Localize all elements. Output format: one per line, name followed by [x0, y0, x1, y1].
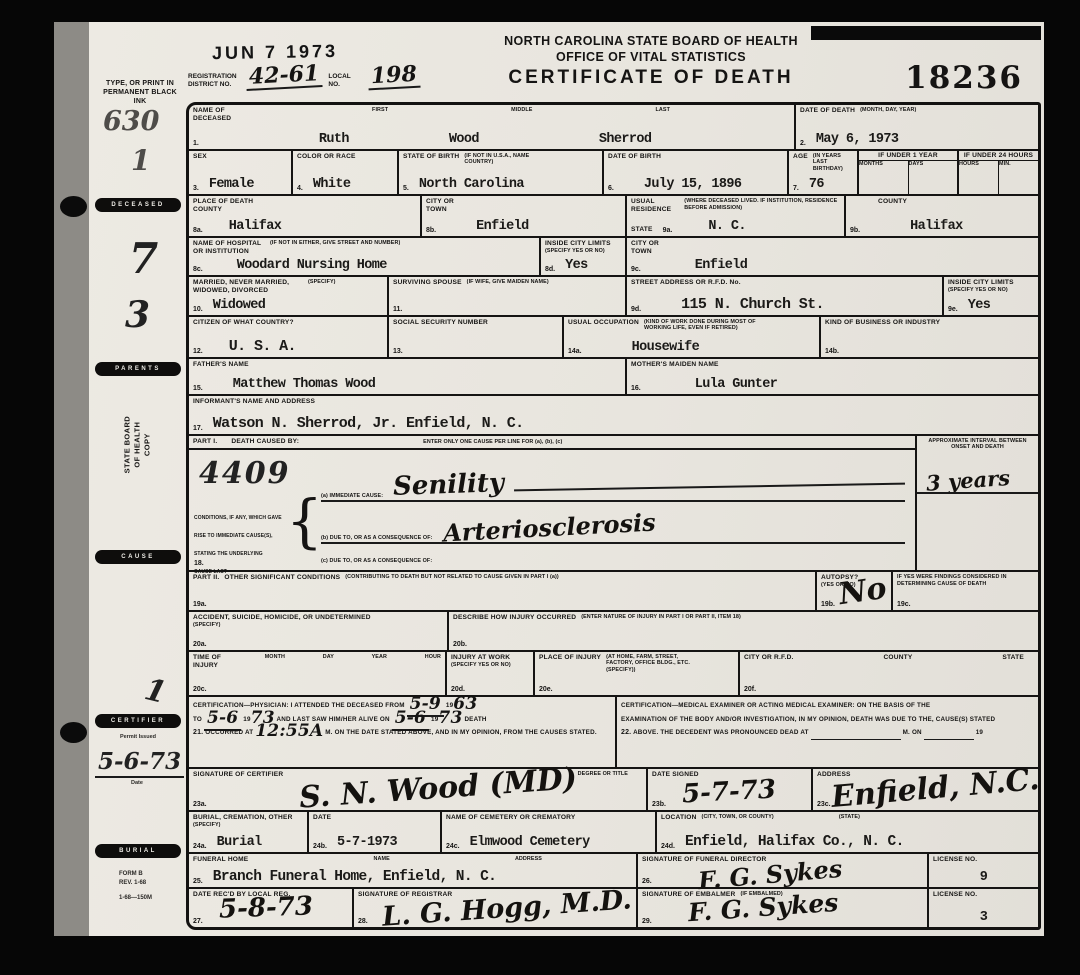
field-informant: INFORMANT'S NAME AND ADDRESS 17.Watson N…: [189, 396, 1038, 434]
row-funeral-home: FUNERAL HOMENAMEADDRESS 25.Branch Funera…: [189, 854, 1038, 890]
field-inside-city-limits-residence: INSIDE CITY LIMITS(SPECIFY YES OR NO) 9e…: [944, 277, 1038, 315]
field-father-name: FATHER'S NAME 15.Matthew Thomas Wood: [189, 359, 627, 395]
row-burial: BURIAL, CREMATION, OTHER(SPECIFY) 24a.Bu…: [189, 812, 1038, 854]
field-if-under-1-year: IF UNDER 1 YEAR MONTHS DAYS: [859, 151, 959, 195]
field-date-signed: DATE SIGNED 23b. 5-7-73: [648, 769, 813, 811]
certificate-title: CERTIFICATE OF DEATH: [436, 67, 866, 89]
time-of-injury-label: TIME OF INJURY: [193, 654, 227, 670]
street-label: STREET ADDRESS OR R.F.D. No.: [631, 279, 938, 287]
part2-label: PART II.: [193, 574, 219, 582]
interval-value: 3 years: [925, 463, 1035, 496]
sob-sublabel: (IF NOT IN U.S.A., NAME COUNTRY): [464, 153, 534, 166]
icl-value: Yes: [565, 258, 588, 273]
injury-at-work-sublabel: (SPECIFY YES OR NO): [451, 662, 529, 668]
row-manner-of-death: ACCIDENT, SUICIDE, HOMICIDE, OR UNDETERM…: [189, 612, 1038, 652]
issuing-authority: NORTH CAROLINA STATE BOARD OF HEALTH OFF…: [436, 34, 866, 89]
burial-type-value: Burial: [217, 835, 262, 850]
immediate-cause-line: (a) IMMEDIATE CAUSE: Senility: [321, 466, 905, 502]
field-number: 24d.: [661, 843, 675, 850]
pronounced-dead-label: ABOVE. THE DECEDENT WAS PRONOUNCED DEAD …: [633, 729, 809, 736]
first-name-value: Ruth: [319, 132, 349, 147]
icl-label: INSIDE CITY LIMITS: [545, 240, 621, 248]
margin-handwriting: 3: [125, 294, 150, 336]
field-number: 8b.: [426, 227, 436, 234]
field-number: 13.: [393, 348, 403, 355]
autopsy-value: No: [837, 571, 889, 612]
informant-value: Watson N. Sherrod, Jr. Enfield, N. C.: [213, 415, 524, 432]
field-funeral-director-signature: SIGNATURE OF FUNERAL DIRECTOR 26. F. G. …: [638, 854, 929, 888]
death-certificate-scan: TYPE, OR PRINT IN PERMANENT BLACK INK 63…: [89, 22, 1044, 936]
city-value: Enfield: [476, 219, 529, 234]
due-to-line-b: (b) DUE TO, OR AS A CONSEQUENCE OF: Arte…: [321, 508, 905, 544]
field-number: 20f.: [744, 686, 756, 693]
last-name-value: Sherrod: [599, 132, 652, 147]
field-death-city: CITY OR TOWN 8b.Enfield: [422, 196, 627, 236]
hours-label: HOURS: [959, 161, 999, 194]
pod-label: PLACE OF DEATH: [193, 198, 416, 206]
field-embalmer-signature: SIGNATURE OF EMBALMER(IF EMBALMED) 29. F…: [638, 889, 929, 927]
field-physician-certification: CERTIFICATION—PHYSICIAN: I ATTENDED THE …: [189, 697, 617, 766]
enter-one-cause-note: ENTER ONLY ONE CAUSE PER LINE FOR (a), (…: [423, 439, 562, 445]
last-label: LAST: [655, 107, 669, 123]
occupation-value: Housewife: [632, 340, 700, 355]
certificate-number: 18236: [905, 60, 1023, 96]
field-occupation: USUAL OCCUPATION(KIND OF WORK DONE DURIN…: [564, 317, 821, 357]
field-number: 18.: [194, 560, 204, 567]
age-label: AGE: [793, 153, 808, 161]
received-date-stamp: JUN 7 1973: [212, 41, 338, 64]
street-value: 115 N. Church St.: [681, 296, 824, 313]
age-value: 76: [809, 177, 824, 192]
residence-city-value: Enfield: [695, 258, 748, 273]
hospital-value: Woodard Nursing Home: [237, 258, 387, 273]
field-number: 9d.: [631, 306, 641, 313]
row-cause-of-death: PART I. DEATH CAUSED BY: ENTER ONLY ONE …: [189, 436, 1038, 573]
middle-label: MIDDLE: [511, 107, 532, 123]
field-number: 21.: [193, 729, 203, 736]
days-label: DAYS: [909, 161, 958, 194]
marital-value: Widowed: [213, 298, 266, 313]
field-funeral-home: FUNERAL HOMENAMEADDRESS 25.Branch Funera…: [189, 854, 638, 888]
field-number: 5.: [403, 185, 409, 192]
field-mother-name: MOTHER'S MAIDEN NAME 16.Lula Gunter: [627, 359, 1038, 395]
field-number: 3.: [193, 185, 199, 192]
field-age: AGE(IN YEARS LAST BIRTHDAY) 7.76: [789, 151, 859, 195]
dod-sublabel: (MONTH, DAY, YEAR): [860, 107, 916, 113]
marital-label: MARRIED, NEVER MARRIED, WIDOWED, DIVORCE…: [193, 279, 303, 295]
license-label: LICENSE NO.: [933, 856, 1034, 864]
funeral-home-label: FUNERAL HOME: [193, 856, 248, 864]
field-number: 8a.: [193, 227, 203, 234]
field-date-received: DATE REC'D BY LOCAL REG. 27. 5-8-73: [189, 889, 354, 927]
field-director-license: LICENSE NO. 9: [929, 854, 1038, 888]
burial-type-sublabel: (SPECIFY): [193, 822, 303, 828]
state-value: N. C.: [708, 219, 746, 234]
field-number: 27.: [193, 918, 203, 925]
row-injury-details: TIME OF INJURY MONTH DAY YEAR HOUR 20c. …: [189, 652, 1038, 698]
field-cemetery: NAME OF CEMETERY OR CREMATORY 24c.Elmwoo…: [442, 812, 657, 852]
burial-date-label: DATE: [313, 814, 436, 822]
field-surviving-spouse: SURVIVING SPOUSE(IF WIFE, GIVE MAIDEN NA…: [389, 277, 627, 315]
informant-label: INFORMANT'S NAME AND ADDRESS: [193, 398, 1034, 406]
field-citizenship: CITIZEN OF WHAT COUNTRY? 12.U. S. A.: [189, 317, 389, 357]
due-to-c-label: (c) DUE TO, OR AS A CONSEQUENCE OF:: [321, 558, 432, 564]
hospital-label: NAME OF HOSPITAL OR INSTITUTION: [193, 240, 265, 256]
field-certifier-signature: SIGNATURE OF CERTIFIERDEGREE OR TITLE 23…: [189, 769, 648, 811]
row-citizen: CITIZEN OF WHAT COUNTRY? 12.U. S. A. SOC…: [189, 317, 1038, 359]
interval-label: APPROXIMATE INTERVAL BETWEEN ONSET AND D…: [920, 438, 1035, 451]
burial-type-label: BURIAL, CREMATION, OTHER: [193, 814, 303, 822]
form-revision-note: FORM B REV. 1-68 1-68—150M: [119, 870, 179, 903]
field-number: 20b.: [453, 641, 467, 648]
brace-glyph: {: [286, 492, 323, 550]
field-other-significant-conditions: PART II. OTHER SIGNIFICANT CONDITIONS (C…: [189, 572, 817, 610]
year-label: YEAR: [372, 654, 387, 670]
ssn-label: SOCIAL SECURITY NUMBER: [393, 319, 558, 327]
field-street-address: STREET ADDRESS OR R.F.D. No. 9d.115 N. C…: [627, 277, 944, 315]
occupation-sublabel: (KIND OF WORK DONE DURING MOST OF WORKIN…: [644, 319, 764, 332]
field-number: 24b.: [313, 843, 327, 850]
field-state-of-birth: STATE OF BIRTH(IF NOT IN U.S.A., NAME CO…: [399, 151, 604, 195]
residence-city-label: CITY OR TOWN: [631, 240, 671, 256]
field-number: 9e.: [948, 306, 958, 313]
org-line-1: NORTH CAROLINA STATE BOARD OF HEALTH: [436, 34, 866, 50]
city-label: CITY OR TOWN: [426, 198, 466, 214]
field-number: 11.: [393, 306, 402, 313]
field-time-of-injury: TIME OF INJURY MONTH DAY YEAR HOUR 20c.: [189, 652, 447, 696]
field-number: 20e.: [539, 686, 553, 693]
row-marital: MARRIED, NEVER MARRIED, WIDOWED, DIVORCE…: [189, 277, 1038, 317]
field-race: COLOR OR RACE 4.White: [293, 151, 399, 195]
under24h-label: IF UNDER 24 HOURS: [959, 151, 1038, 162]
icl2-value: Yes: [968, 298, 991, 313]
field-number: 25.: [193, 878, 203, 885]
sex-label: SEX: [193, 153, 287, 161]
mother-value: Lula Gunter: [695, 377, 778, 392]
field-number: 6.: [608, 185, 614, 192]
row-certifier-signature: SIGNATURE OF CERTIFIERDEGREE OR TITLE 23…: [189, 769, 1038, 813]
field-findings-considered: IF YES WERE FINDINGS CONSIDERED IN DETER…: [893, 572, 1038, 610]
row-parents: FATHER'S NAME 15.Matthew Thomas Wood MOT…: [189, 359, 1038, 397]
field-number: 9a.: [663, 227, 673, 234]
business-label: KIND OF BUSINESS OR INDUSTRY: [825, 319, 1034, 327]
margin-handwriting: 1: [131, 144, 150, 177]
county-label: COUNTY: [193, 206, 416, 214]
icl2-label: INSIDE CITY LIMITS: [948, 279, 1034, 287]
icl2-sublabel: (SPECIFY YES OR NO): [948, 287, 1034, 293]
field-number: 9b.: [850, 227, 860, 234]
permit-issued-note: Permit Issued: [95, 734, 181, 740]
immediate-cause-label: (a) IMMEDIATE CAUSE:: [321, 493, 383, 499]
row-certification: CERTIFICATION—PHYSICIAN: I ATTENDED THE …: [189, 697, 1038, 768]
punch-hole: [60, 722, 87, 743]
burial-location-value: Enfield, Halifax Co., N. C.: [685, 834, 904, 850]
place-of-injury-label: PLACE OF INJURY: [539, 654, 601, 662]
scanner-edge-strip: [54, 22, 89, 936]
name-label: NAME OF DECEASED: [193, 107, 249, 123]
icl-sublabel: (SPECIFY YES OR NO): [545, 248, 621, 254]
field-residence-county: COUNTY 9b.Halifax: [846, 196, 1038, 236]
injury-county-label: COUNTY: [883, 654, 912, 662]
parents-tab: PARENTS: [95, 362, 181, 376]
field-death-county: PLACE OF DEATH COUNTY 8a.Halifax: [189, 196, 422, 236]
death-caused-by-label: DEATH CAUSED BY:: [231, 438, 299, 446]
date-received-value: 5-8-73: [219, 892, 314, 925]
copy-designation: STATE BOARD OF HEALTH COPY: [122, 389, 151, 501]
field-injury-at-work: INJURY AT WORK(SPECIFY YES OR NO) 20d.: [447, 652, 535, 696]
conditions-note: CONDITIONS, IF ANY, WHICH GAVE RISE TO I…: [194, 506, 282, 578]
dob-value: July 15, 1896: [644, 177, 742, 192]
injury-city-label: CITY OR R.F.D.: [744, 654, 794, 662]
part2-title: OTHER SIGNIFICANT CONDITIONS: [224, 574, 340, 582]
certificate-form: NAME OF DECEASED FIRST MIDDLE LAST 1. Ru…: [186, 102, 1041, 930]
field-ssn: SOCIAL SECURITY NUMBER 13.: [389, 317, 564, 357]
row-other-conditions: PART II. OTHER SIGNIFICANT CONDITIONS (C…: [189, 572, 1038, 612]
months-label: MONTHS: [859, 161, 909, 194]
field-number: 28.: [358, 918, 368, 925]
interval-column: APPROXIMATE INTERVAL BETWEEN ONSET AND D…: [917, 436, 1038, 571]
field-number: 8d.: [545, 266, 555, 273]
due-to-b-label: (b) DUE TO, OR AS A CONSEQUENCE OF:: [321, 535, 433, 541]
attended-to-value: 5-6: [204, 708, 241, 731]
cause-code-handwriting: 4409: [199, 456, 291, 491]
marital-sublabel: (SPECIFY): [308, 279, 336, 285]
local-no-value: 198: [368, 65, 421, 90]
field-residence-state: USUAL RESIDENCE(WHERE DECEASED LIVED. IF…: [627, 196, 846, 236]
registration-line: REGISTRATION DISTRICT NO. 42-61 LOCAL NO…: [188, 66, 420, 89]
location-sublabel: (CITY, TOWN, OR COUNTY): [702, 814, 774, 820]
me-cert-line1: CERTIFICATION—MEDICAL EXAMINER OR ACTING…: [621, 699, 1034, 712]
field-marital-status: MARRIED, NEVER MARRIED, WIDOWED, DIVORCE…: [189, 277, 389, 315]
date-signed-value: 5-7-73: [681, 774, 776, 809]
first-label: FIRST: [372, 107, 388, 123]
due-to-b-value: Arteriosclerosis: [442, 507, 656, 547]
residence-label: USUAL RESIDENCE: [631, 198, 679, 214]
occupation-label: USUAL OCCUPATION: [568, 319, 639, 327]
time-of-death-value: 12:55A: [255, 721, 323, 741]
field-number: 2.: [800, 140, 806, 147]
margin-handwriting: 7: [129, 234, 158, 283]
field-name-of-deceased: NAME OF DECEASED FIRST MIDDLE LAST 1. Ru…: [189, 105, 796, 149]
certificate-header: JUN 7 1973 REGISTRATION DISTRICT NO. 42-…: [186, 26, 1041, 102]
sex-value: Female: [209, 177, 254, 192]
field-number: 19a.: [193, 601, 207, 608]
field-date-of-death: DATE OF DEATH (MONTH, DAY, YEAR) 2. May …: [796, 105, 1038, 149]
field-burial-type: BURIAL, CREMATION, OTHER(SPECIFY) 24a.Bu…: [189, 812, 309, 852]
punch-hole: [60, 196, 87, 217]
row-vitals: SEX 3.Female COLOR OR RACE 4.White STATE…: [189, 151, 1038, 197]
cause-tab: CAUSE: [95, 550, 181, 564]
residence-county-label: COUNTY: [878, 198, 1034, 206]
field-number: 1.: [193, 140, 199, 147]
field-residence-city: CITY OR TOWN 9c.Enfield: [627, 238, 1038, 276]
row-place-of-death: PLACE OF DEATH COUNTY 8a.Halifax CITY OR…: [189, 196, 1038, 238]
margin-date-handwriting: 5-6-73: [95, 748, 184, 778]
funeral-home-value: Branch Funeral Home, Enfield, N. C.: [213, 869, 497, 885]
margin-handwriting: 1: [141, 672, 170, 711]
field-number: 26.: [642, 878, 652, 885]
race-label: COLOR OR RACE: [297, 153, 393, 161]
middle-name-value: Wood: [449, 132, 479, 147]
left-margin-column: TYPE, OR PRINT IN PERMANENT BLACK INK 63…: [89, 22, 186, 936]
age-sublabel: (IN YEARS LAST BIRTHDAY): [813, 153, 853, 172]
field-number: 29.: [642, 918, 652, 925]
certifier-tab: CERTIFIER: [95, 714, 181, 728]
license-label: LICENSE NO.: [933, 891, 1034, 899]
field-number: 7.: [793, 185, 799, 192]
field-number: 23c.: [817, 801, 831, 808]
part1-label: PART I.: [193, 438, 217, 446]
field-medical-examiner-certification: CERTIFICATION—MEDICAL EXAMINER OR ACTING…: [617, 697, 1038, 766]
residence-sublabel: (WHERE DECEASED LIVED. IF INSTITUTION, R…: [684, 198, 840, 211]
field-number: 14b.: [825, 348, 839, 355]
injury-at-work-label: INJURY AT WORK: [451, 654, 529, 662]
field-number: 20c.: [193, 686, 207, 693]
ink-instruction: TYPE, OR PRINT IN PERMANENT BLACK INK: [103, 80, 177, 106]
under1yr-label: IF UNDER 1 YEAR: [859, 151, 957, 162]
due-to-line-c: (c) DUE TO, OR AS A CONSEQUENCE OF:: [321, 550, 905, 564]
local-no-label: LOCAL NO.: [328, 73, 362, 89]
place-of-injury-sublabel: (AT HOME, FARM, STREET, FACTORY, OFFICE …: [606, 654, 702, 673]
location-state-sublabel: (STATE): [839, 814, 860, 820]
field-number: 24c.: [446, 843, 460, 850]
part2-sublabel: (CONTRIBUTING TO DEATH BUT NOT RELATED T…: [345, 574, 559, 580]
field-number: 16.: [631, 385, 641, 392]
field-how-injury-occurred: DESCRIBE HOW INJURY OCCURRED(ENTER NATUR…: [449, 612, 1038, 650]
field-burial-location: LOCATION(CITY, TOWN, OR COUNTY)(STATE) 2…: [657, 812, 1038, 852]
burial-tab: BURIAL: [95, 844, 181, 858]
field-number: 4.: [297, 185, 303, 192]
location-label: LOCATION: [661, 814, 697, 822]
sob-value: North Carolina: [419, 177, 524, 192]
attended-from-label: I ATTENDED THE DECEASED FROM: [291, 702, 405, 709]
sob-label: STATE OF BIRTH: [403, 153, 459, 161]
margin-handwriting: 630: [103, 106, 159, 137]
field-registrar-signature: SIGNATURE OF REGISTRAR 28. L. G. Hogg, M…: [354, 889, 638, 927]
embalmer-license-value: 3: [980, 910, 988, 925]
last-saw-alive-value: 5-6: [392, 708, 429, 731]
funeral-home-name-sub: NAME: [374, 856, 390, 864]
burial-date-value: 5-7-1973: [337, 835, 397, 850]
org-line-2: OFFICE OF VITAL STATISTICS: [436, 50, 866, 66]
father-label: FATHER'S NAME: [193, 361, 621, 369]
field-number: 10.: [193, 306, 203, 313]
race-value: White: [313, 177, 351, 192]
field-hospital: NAME OF HOSPITAL OR INSTITUTION(IF NOT I…: [189, 238, 541, 276]
field-number: 14a.: [568, 348, 582, 355]
field-date-of-birth: DATE OF BIRTH 6.July 15, 1896: [604, 151, 789, 195]
manner-label: ACCIDENT, SUICIDE, HOMICIDE, OR UNDETERM…: [193, 614, 443, 622]
min-label: MIN.: [999, 161, 1038, 194]
degree-title-label: DEGREE OR TITLE: [578, 771, 628, 779]
hour-label: HOUR: [425, 654, 441, 670]
registration-district-label: REGISTRATION DISTRICT NO.: [188, 73, 240, 89]
field-injury-city-county-state: CITY OR R.F.D. COUNTY STATE 20f.: [740, 652, 1038, 696]
field-place-of-injury: PLACE OF INJURY(AT HOME, FARM, STREET, F…: [535, 652, 740, 696]
day-label: DAY: [323, 654, 334, 670]
field-accident-suicide-homicide: ACCIDENT, SUICIDE, HOMICIDE, OR UNDETERM…: [189, 612, 449, 650]
field-number: 15.: [193, 385, 203, 392]
field-number: 20a.: [193, 641, 207, 648]
how-injury-sublabel: (ENTER NATURE OF INJURY IN PART I OR PAR…: [581, 614, 741, 620]
field-number: 23b.: [652, 801, 666, 808]
row-registrar: DATE REC'D BY LOCAL REG. 27. 5-8-73 SIGN…: [189, 889, 1038, 927]
field-number: 19b.: [821, 601, 835, 608]
spouse-sublabel: (IF WIFE, GIVE MAIDEN NAME): [467, 279, 549, 285]
citizen-label: CITIZEN OF WHAT COUNTRY?: [193, 319, 383, 327]
dod-label: DATE OF DEATH: [800, 107, 855, 115]
me-cert-line2: EXAMINATION OF THE BODY AND/OR INVESTIGA…: [621, 713, 1034, 726]
field-burial-date: DATE 24b.5-7-1973: [309, 812, 442, 852]
mother-label: MOTHER'S MAIDEN NAME: [631, 361, 1034, 369]
row-informant: INFORMANT'S NAME AND ADDRESS 17.Watson N…: [189, 396, 1038, 436]
field-number: 8c.: [193, 266, 203, 273]
how-injury-label: DESCRIBE HOW INJURY OCCURRED: [453, 614, 576, 622]
hospital-sublabel: (IF NOT IN EITHER, GIVE STREET AND NUMBE…: [270, 240, 400, 246]
county-value: Halifax: [229, 219, 282, 234]
immediate-cause-value: Senility: [393, 468, 505, 502]
field-number: 20d.: [451, 686, 465, 693]
field-autopsy: AUTOPSY?(YES OR NO) 19b. No: [817, 572, 893, 610]
registration-district-value: 42-61: [245, 64, 322, 91]
row-name: NAME OF DECEASED FIRST MIDDLE LAST 1. Ru…: [189, 105, 1038, 151]
field-if-under-24-hours: IF UNDER 24 HOURS HOURS MIN.: [959, 151, 1038, 195]
field-certifier-address: ADDRESS 23c. Enfield, N.C.: [813, 769, 1038, 811]
field-number: 17.: [193, 425, 203, 432]
field-inside-city-limits-death: INSIDE CITY LIMITS(SPECIFY YES OR NO) 8d…: [541, 238, 627, 276]
field-number: 22.: [621, 729, 631, 736]
field-business-industry: KIND OF BUSINESS OR INDUSTRY 14b.: [821, 317, 1038, 357]
father-value: Matthew Thomas Wood: [233, 377, 376, 392]
part1-cause-section: PART I. DEATH CAUSED BY: ENTER ONLY ONE …: [189, 436, 917, 571]
field-sex: SEX 3.Female: [189, 151, 293, 195]
cemetery-label: NAME OF CEMETERY OR CREMATORY: [446, 814, 651, 822]
citizen-value: U. S. A.: [229, 338, 296, 355]
manner-sublabel: (SPECIFY): [193, 622, 443, 628]
injury-state-label: STATE: [1002, 654, 1024, 662]
spouse-label: SURVIVING SPOUSE: [393, 279, 462, 287]
last-saw-alive-year: 73: [438, 708, 462, 728]
field-number: 23a.: [193, 801, 207, 808]
director-license-value: 9: [980, 870, 988, 885]
date-caption: Date: [89, 780, 185, 786]
dob-label: DATE OF BIRTH: [608, 153, 783, 161]
funeral-home-address-sub: ADDRESS: [515, 856, 542, 864]
field-number: 24a.: [193, 843, 207, 850]
certifier-signature-label: SIGNATURE OF CERTIFIER: [193, 771, 283, 779]
field-number: 12.: [193, 348, 203, 355]
cemetery-value: Elmwood Cemetery: [470, 835, 590, 850]
state-label: STATE: [631, 226, 653, 234]
field-number: 19c.: [897, 601, 911, 608]
residence-county-value: Halifax: [910, 219, 963, 234]
dod-value: May 6, 1973: [816, 132, 899, 147]
deceased-tab: DECEASED: [95, 198, 181, 212]
field-embalmer-license: LICENSE NO. 3: [929, 889, 1038, 927]
findings-label: IF YES WERE FINDINGS CONSIDERED IN DETER…: [897, 574, 1034, 587]
month-label: MONTH: [265, 654, 285, 670]
field-number: 9c.: [631, 266, 641, 273]
row-hospital: NAME OF HOSPITAL OR INSTITUTION(IF NOT I…: [189, 238, 1038, 278]
